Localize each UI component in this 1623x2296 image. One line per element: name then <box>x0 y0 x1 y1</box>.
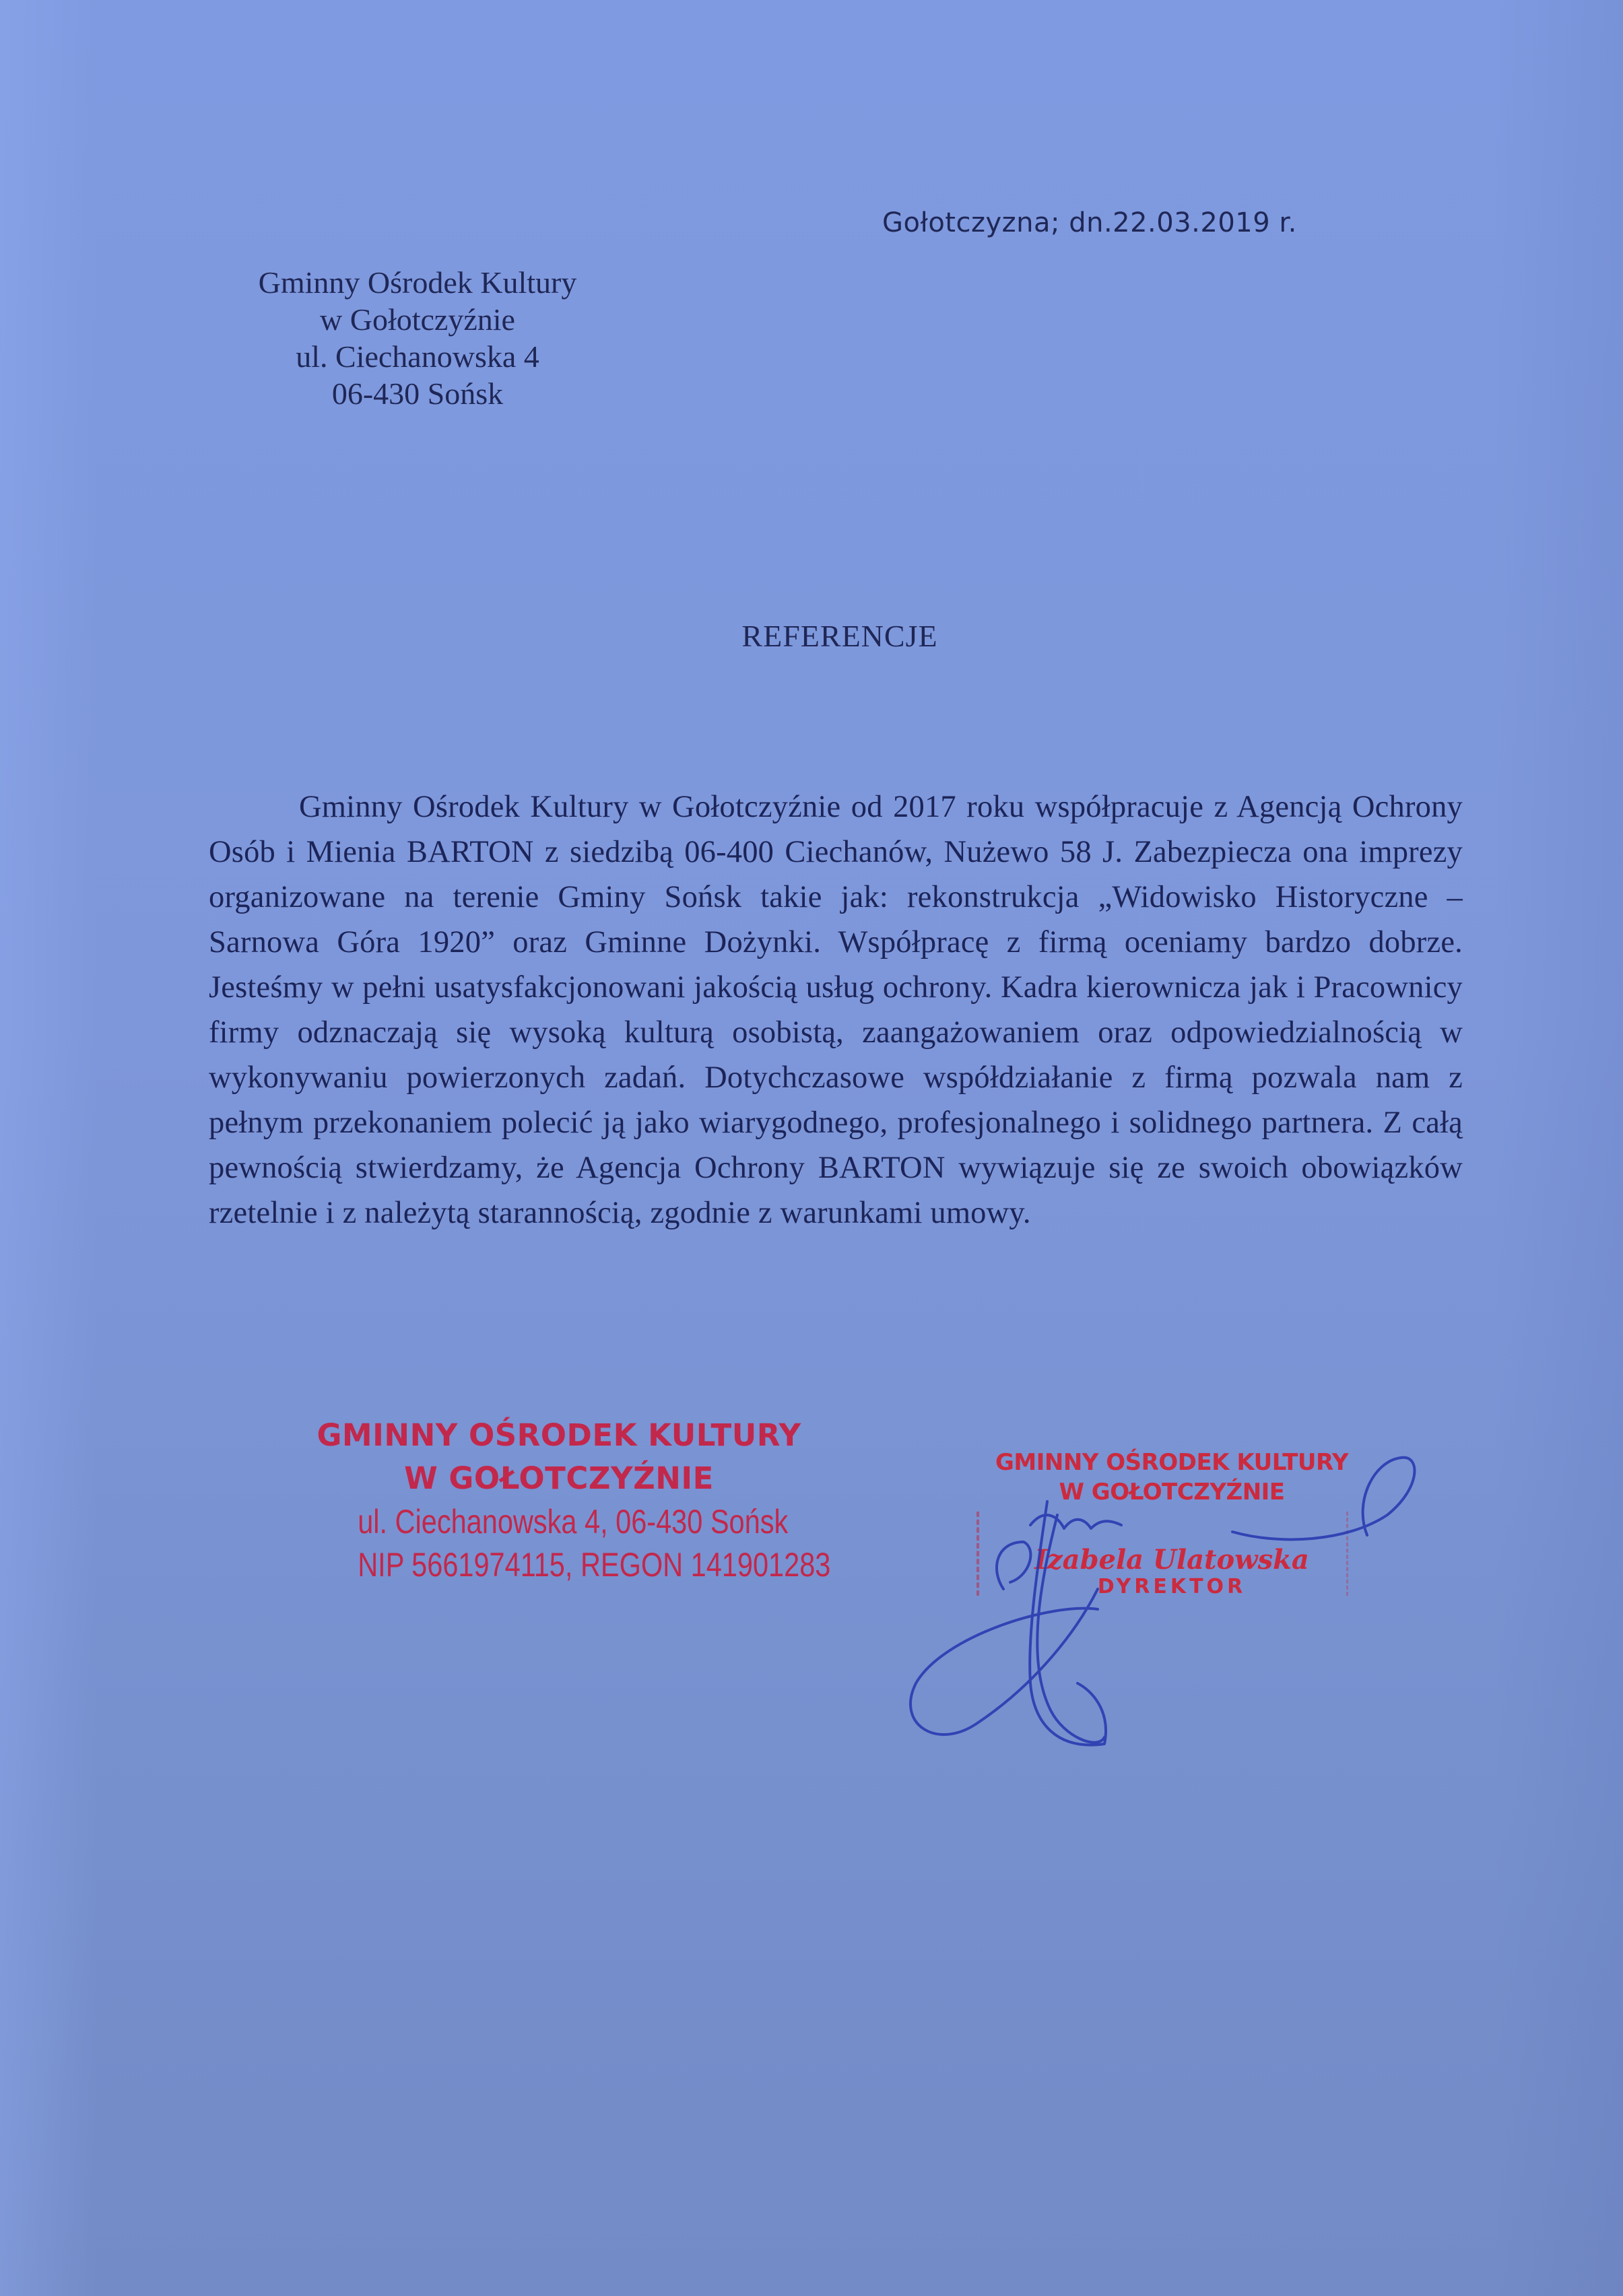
body-paragraph: Gminny Ośrodek Kultury w Gołotczyźnie od… <box>209 784 1463 1236</box>
address-line: ul. Ciechanowska 4 <box>222 338 613 375</box>
director-stamp-line2: W GOŁOTCZYŹNIE <box>973 1477 1370 1507</box>
director-role: DYREKTOR <box>973 1576 1370 1598</box>
stamp-name-line1: GMINNY OŚRODEK KULTURY <box>317 1414 801 1457</box>
address-line: Gminny Ośrodek Kultury <box>222 264 613 301</box>
stamp-ids: NIP 5661974115, REGON 141901283 <box>358 1543 760 1586</box>
address-line: 06-430 Sońsk <box>222 375 613 412</box>
director-stamp: GMINNY OŚRODEK KULTURY W GOŁOTCZYŹNIE Iz… <box>973 1448 1370 1602</box>
recipient-address: Gminny Ośrodek Kultury w Gołotczyźnie ul… <box>222 264 613 412</box>
stamp-address: ul. Ciechanowska 4, 06-430 Sońsk <box>358 1500 760 1543</box>
place-and-date: Gołotczyzna; dn.22.03.2019 r. <box>882 207 1297 238</box>
document-title: REFERENCJE <box>0 618 1623 654</box>
stamp-name-line2: W GOŁOTCZYŹNIE <box>317 1457 801 1500</box>
director-name: Izabela Ulatowska <box>973 1545 1370 1576</box>
institution-stamp: GMINNY OŚRODEK KULTURY W GOŁOTCZYŹNIE ul… <box>317 1414 801 1586</box>
director-stamp-line1: GMINNY OŚRODEK KULTURY <box>973 1448 1370 1477</box>
address-line: w Gołotczyźnie <box>222 301 613 338</box>
